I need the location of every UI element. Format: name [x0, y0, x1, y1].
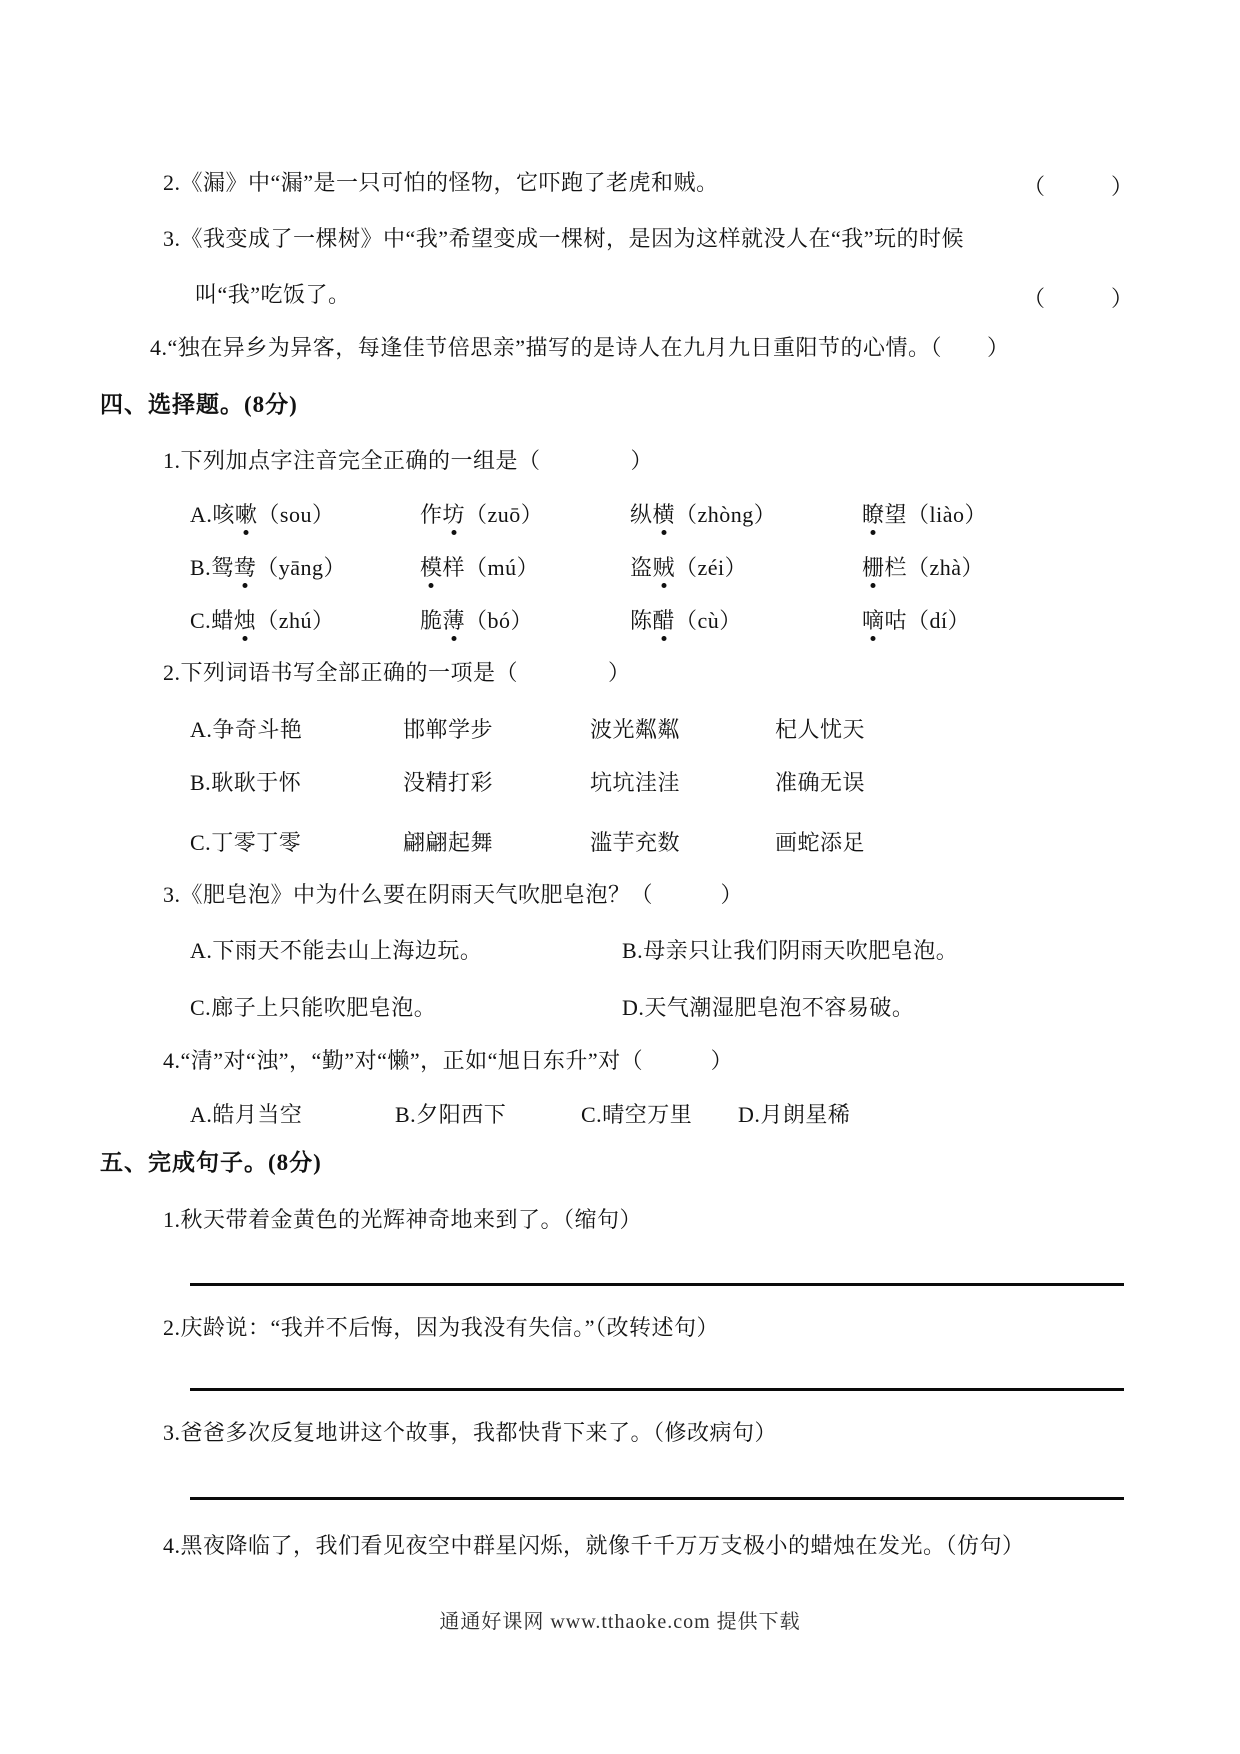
option-label: A. — [190, 938, 212, 963]
option-cell: 盗贼（zéi） — [630, 555, 747, 581]
s4-q4-stem: 4.“清”对“浊”，“勤”对“懒”，正如“旭日东升”对（ ） — [163, 1048, 733, 1074]
option-cell: B.夕阳西下 — [395, 1102, 506, 1128]
dotted-char: 嘀 — [862, 608, 885, 634]
option-label: B. — [190, 770, 211, 795]
option-cell: 嘀咕（dí） — [862, 608, 970, 634]
dotted-char: 栅 — [862, 555, 885, 581]
option-cell: 脆薄（bó） — [420, 608, 533, 634]
option-cell: 陈醋（cù） — [630, 608, 742, 634]
option-label: B. — [622, 938, 643, 963]
s4-q2-stem: 2.下列词语书写全部正确的一项是（ ） — [163, 660, 631, 686]
option-label: A. — [190, 717, 212, 742]
option-cell: 没精打彩 — [403, 770, 493, 796]
option-cell: C.晴空万里 — [581, 1102, 692, 1128]
option-cell: 杞人忧天 — [775, 717, 865, 743]
judge-item-2-answer-paren: （ ） — [1023, 170, 1133, 201]
option-label: C. — [190, 608, 211, 633]
judge-item-3-line1: 3.《我变成了一棵树》中“我”希望变成一棵树，是因为这样就没人在“我”玩的时候 — [163, 226, 964, 252]
option-cell: 准确无误 — [775, 770, 865, 796]
s4-q3-stem: 3.《肥皂泡》中为什么要在阴雨天气吹肥皂泡？（ ） — [163, 882, 743, 908]
dotted-char: 醋 — [653, 608, 676, 634]
answer-line-2 — [190, 1388, 1124, 1391]
option-cell: 波光粼粼 — [590, 717, 680, 743]
option-cell: 模样（mú） — [420, 555, 539, 581]
answer-line-3 — [190, 1497, 1124, 1500]
judge-item-3-line2: 叫“我”吃饭了。 — [195, 282, 351, 308]
s5-item-4: 4.黑夜降临了，我们看见夜空中群星闪烁，就像千千万万支极小的蜡烛在发光。（仿句） — [163, 1533, 1025, 1559]
judge-item-4: 4.“独在异乡为异客，每逢佳节倍思亲”描写的是诗人在九月九日重阳节的心情。（ ） — [150, 335, 1010, 361]
option-cell: B.鸳鸯（yāng） — [190, 555, 346, 581]
judge-item-4-answer-paren: （ ） — [931, 335, 1010, 360]
dotted-char: 坊 — [443, 502, 466, 528]
dotted-char: 嗽 — [235, 502, 258, 528]
option-label: A. — [190, 1102, 212, 1127]
exam-page: 2.《漏》中“漏”是一只可怕的怪物，它吓跑了老虎和贼。 （ ） 3.《我变成了一… — [0, 0, 1240, 1754]
option-cell: 作坊（zuō） — [420, 502, 543, 528]
option-cell: 栅栏（zhà） — [862, 555, 984, 581]
s4-q1-stem: 1.下列加点字注音完全正确的一组是（ ） — [163, 448, 653, 474]
option-cell: A.争奇斗艳 — [190, 717, 302, 743]
s5-item-1: 1.秋天带着金黄色的光辉神奇地来到了。（缩句） — [163, 1207, 642, 1233]
judge-item-3-text1: 3.《我变成了一棵树》中“我”希望变成一棵树，是因为这样就没人在“我”玩的时候 — [163, 226, 964, 251]
option-cell: C.蜡烛（zhú） — [190, 608, 334, 634]
option-cell: 画蛇添足 — [775, 830, 865, 856]
option-cell: B.耿耿于怀 — [190, 770, 301, 796]
judge-item-2-text: 2.《漏》中“漏”是一只可怕的怪物，它吓跑了老虎和贼。 — [163, 170, 719, 195]
option-cell: D.天气潮湿肥皂泡不容易破。 — [622, 995, 914, 1021]
option-label: B. — [395, 1102, 416, 1127]
section4-title: 四、选择题。(8分) — [100, 392, 298, 418]
judge-item-4-text: 4.“独在异乡为异客，每逢佳节倍思亲”描写的是诗人在九月九日重阳节的心情。 — [150, 335, 931, 360]
judge-item-3-text2: 叫“我”吃饭了。 — [195, 282, 351, 307]
option-cell: 翩翩起舞 — [403, 830, 493, 856]
dotted-char: 鸯 — [234, 555, 257, 581]
option-label: C. — [581, 1102, 602, 1127]
dotted-char: 模 — [420, 555, 443, 581]
option-cell: C.廊子上只能吹肥皂泡。 — [190, 995, 436, 1021]
dotted-char: 瞭 — [862, 502, 885, 528]
option-cell: A.皓月当空 — [190, 1102, 302, 1128]
option-cell: C.丁零丁零 — [190, 830, 301, 856]
s5-item-3: 3.爸爸多次反复地讲这个故事，我都快背下来了。（修改病句） — [163, 1420, 777, 1446]
judge-item-3-answer-paren: （ ） — [1023, 282, 1133, 313]
option-cell: A.下雨天不能去山上海边玩。 — [190, 938, 482, 964]
dotted-char: 烛 — [234, 608, 257, 634]
footer-watermark: 通通好课网 www.tthaoke.com 提供下载 — [0, 1605, 1240, 1634]
option-label: D. — [622, 995, 644, 1020]
option-cell: D.月朗星稀 — [738, 1102, 850, 1128]
s5-item-2: 2.庆龄说：“我并不后悔，因为我没有失信。”（改转述句） — [163, 1315, 719, 1341]
option-label: B. — [190, 555, 211, 580]
option-label: C. — [190, 830, 211, 855]
judge-item-2: 2.《漏》中“漏”是一只可怕的怪物，它吓跑了老虎和贼。 — [163, 170, 719, 196]
option-label: A. — [190, 502, 212, 527]
dotted-char: 横 — [653, 502, 676, 528]
dotted-char: 薄 — [443, 608, 466, 634]
option-cell: 邯郸学步 — [403, 717, 493, 743]
option-cell: B.母亲只让我们阴雨天吹肥皂泡。 — [622, 938, 958, 964]
option-cell: 滥芋充数 — [590, 830, 680, 856]
option-cell: 瞭望（liào） — [862, 502, 987, 528]
option-label: C. — [190, 995, 211, 1020]
option-cell: A.咳嗽（sou） — [190, 502, 334, 528]
option-label: D. — [738, 1102, 760, 1127]
section5-title: 五、完成句子。(8分) — [100, 1150, 322, 1176]
answer-line-1 — [190, 1283, 1124, 1286]
option-cell: 纵横（zhòng） — [630, 502, 776, 528]
option-cell: 坑坑洼洼 — [590, 770, 680, 796]
dotted-char: 贼 — [653, 555, 676, 581]
